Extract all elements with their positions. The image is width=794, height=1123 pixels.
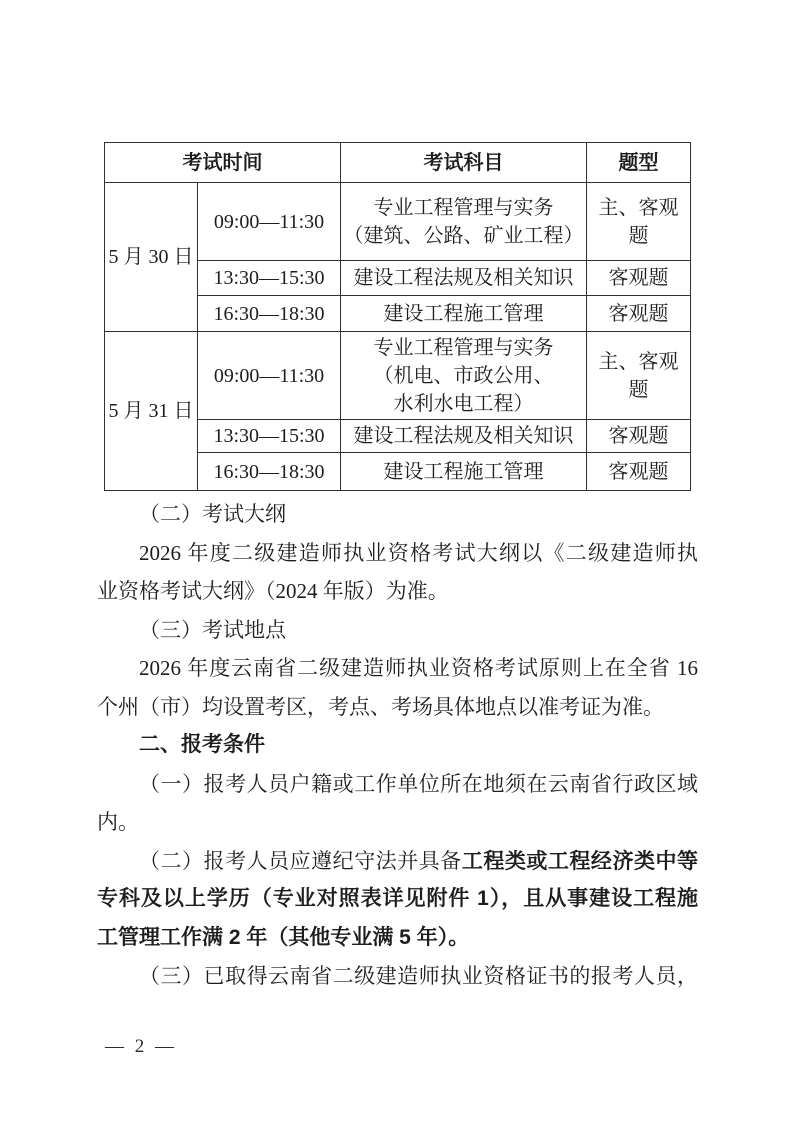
time-cell: 13:30—15:30 xyxy=(198,261,341,296)
subject-cell: 建设工程施工管理 xyxy=(341,453,587,491)
subject-line: 专业工程管理与实务 xyxy=(343,334,584,362)
body-line: 2026 年度云南省二级建造师执业资格考试原则上在全省 16 xyxy=(97,649,698,688)
subject-cell: 建设工程法规及相关知识 xyxy=(341,420,587,453)
date-cell-may31: 5 月 31 日 xyxy=(105,332,198,491)
subject-cell: 建设工程施工管理 xyxy=(341,296,587,332)
body-line: （一）报考人员户籍或工作单位所在地须在云南省行政区域 xyxy=(97,765,698,804)
subject-line: （建筑、公路、矿业工程） xyxy=(343,222,584,250)
subject-cell: 专业工程管理与实务 （建筑、公路、矿业工程） xyxy=(341,183,587,261)
type-cell: 主、客观题 xyxy=(587,183,691,261)
page-content: 考试时间 考试科目 题型 5 月 30 日 09:00—11:30 专业工程管理… xyxy=(97,142,698,996)
body-line: 个州（市）均设置考区，考点、考场具体地点以准考证为准。 xyxy=(97,688,698,727)
table-row: 5 月 31 日 09:00—11:30 专业工程管理与实务 （机电、市政公用、… xyxy=(105,332,691,420)
subject-cell: 专业工程管理与实务 （机电、市政公用、 水利水电工程） xyxy=(341,332,587,420)
type-cell: 客观题 xyxy=(587,261,691,296)
table-row: 5 月 30 日 09:00—11:30 专业工程管理与实务 （建筑、公路、矿业… xyxy=(105,183,691,261)
exam-schedule-table: 考试时间 考试科目 题型 5 月 30 日 09:00—11:30 专业工程管理… xyxy=(104,142,691,491)
type-cell: 主、客观题 xyxy=(587,332,691,420)
time-cell: 16:30—18:30 xyxy=(198,296,341,332)
section-heading-application-conditions: 二、报考条件 xyxy=(97,726,698,765)
subject-line: 水利水电工程） xyxy=(343,390,584,418)
body-line: 2026 年度二级建造师执业资格考试大纲以《二级建造师执 xyxy=(97,534,698,573)
type-cell: 客观题 xyxy=(587,453,691,491)
subject-cell: 建设工程法规及相关知识 xyxy=(341,261,587,296)
time-cell: 13:30—15:30 xyxy=(198,420,341,453)
body-line: （二）报考人员应遵纪守法并具备工程类或工程经济类中等 xyxy=(97,842,698,881)
col-header-exam-time: 考试时间 xyxy=(105,143,341,183)
body-line: 专科及以上学历（专业对照表详见附件 1），且从事建设工程施 xyxy=(97,880,698,919)
time-cell: 16:30—18:30 xyxy=(198,453,341,491)
body-text-bold: 工程类或工程经济类中等 xyxy=(462,850,698,873)
type-cell: 客观题 xyxy=(587,296,691,332)
document-page: 考试时间 考试科目 题型 5 月 30 日 09:00—11:30 专业工程管理… xyxy=(0,0,794,1123)
time-cell: 09:00—11:30 xyxy=(198,332,341,420)
section-heading-exam-location: （三）考试地点 xyxy=(97,611,698,650)
body-text-regular: （二）报考人员应遵纪守法并具备 xyxy=(139,849,462,873)
subject-line: （机电、市政公用、 xyxy=(343,362,584,390)
time-cell: 09:00—11:30 xyxy=(198,183,341,261)
body-line: （三）已取得云南省二级建造师执业资格证书的报考人员， xyxy=(97,957,698,996)
body-line: 工管理工作满 2 年（其他专业满 5 年）。 xyxy=(97,919,698,958)
date-cell-may30: 5 月 30 日 xyxy=(105,183,198,332)
col-header-exam-subject: 考试科目 xyxy=(341,143,587,183)
col-header-question-type: 题型 xyxy=(587,143,691,183)
subject-line: 专业工程管理与实务 xyxy=(343,194,584,222)
table-header-row: 考试时间 考试科目 题型 xyxy=(105,143,691,183)
body-line: 内。 xyxy=(97,803,698,842)
section-heading-exam-outline: （二）考试大纲 xyxy=(97,495,698,534)
type-cell: 客观题 xyxy=(587,420,691,453)
body-line: 业资格考试大纲》（2024 年版）为准。 xyxy=(97,572,698,611)
body-text: （二）考试大纲 2026 年度二级建造师执业资格考试大纲以《二级建造师执 业资格… xyxy=(97,495,698,996)
page-number: — 2 — xyxy=(105,1036,177,1058)
